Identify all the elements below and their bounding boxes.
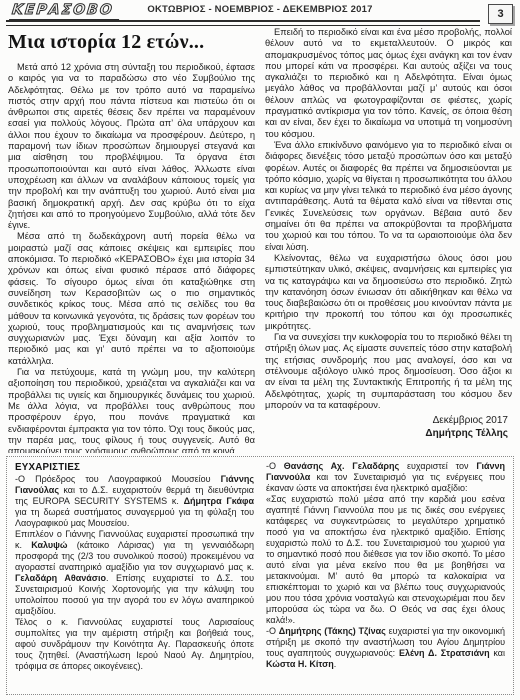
article-paragraph: Ένα άλλο επικίνδυνο φαινόμενο για το περ… [265, 140, 512, 253]
article-paragraph: Για να πετύχουμε, κατά τη γνώμη μου, την… [8, 367, 255, 453]
page-number-box: 3 [488, 4, 513, 24]
highlighted-name: Δημήτρης (Τάκης) Τζίνας [279, 626, 386, 636]
article-title: Μια ιστορία 12 ετών... [8, 31, 255, 54]
text-segment: . [334, 659, 337, 669]
highlighted-name: Ελένη Δ. Στρατσιάνη [399, 648, 490, 658]
text-segment: -Ο [266, 626, 279, 636]
text-segment: για τη δωρεά συστήματος συναγερμού για τ… [15, 507, 254, 528]
article-paragraph: Κλείνοντας, θέλω να ευχαριστήσω όλους όσ… [265, 253, 512, 332]
acknowledgement-paragraph: -Ο Δημήτρης (Τάκης) Τζίνας ευχαριστεί γι… [266, 626, 505, 670]
acknowledgements-heading: ΕΥΧΑΡΙΣΤΙΕΣ [15, 462, 254, 473]
article-paragraph: Μέσα από τη δωδεκάχρονη αυτή πορεία θέλω… [8, 231, 255, 367]
highlighted-name: Κώστα Η. Κίτση [266, 659, 334, 669]
highlighted-name: Καλυψώ [31, 540, 67, 550]
acknowledgements-left-column: ΕΥΧΑΡΙΣΤΙΕΣ -Ο Πρόεδρος του Λαογραφικού … [15, 461, 254, 690]
magazine-page: ΚΕΡΑΣΟΒΟ ΟΚΤΩΒΡΙΟΣ - ΝΟΕΜΒΡΙΟΣ - ΔΕΚΕΜΒΡ… [0, 0, 520, 700]
text-segment: -Ο [266, 461, 284, 471]
main-article: Μια ιστορία 12 ετών... Μετά από 12 χρόνι… [8, 27, 512, 453]
acknowledgements-box: ΕΥΧΑΡΙΣΤΙΕΣ -Ο Πρόεδρος του Λαογραφικού … [6, 456, 514, 695]
article-signature: Δεκέμβριος 2017 Δημήτρης Τέλλης [265, 414, 512, 440]
highlighted-name: Θανάσης Αχ. Γελαδάρης [284, 461, 399, 471]
article-paragraph: Επειδή το περιοδικό είναι και ένα μέσο π… [265, 27, 512, 140]
header-divider-rule [6, 20, 480, 27]
highlighted-name: Γελαδάρη Αθανάσιο [15, 573, 106, 583]
article-paragraph: Μετά από 12 χρόνια στη σύνταξη του περιο… [8, 62, 255, 231]
acknowledgement-paragraph: -Ο Θανάσης Αχ. Γελαδάρης ευχαριστεί τον … [266, 461, 505, 494]
article-left-column: Μια ιστορία 12 ετών... Μετά από 12 χρόνι… [8, 27, 255, 453]
text-segment: και [490, 648, 505, 658]
article-right-column: Επειδή το περιοδικό είναι και ένα μέσο π… [265, 27, 512, 453]
highlighted-name: Δήμητρα Γκάφα [184, 496, 254, 506]
signature-author: Δημήτρης Τέλλης [265, 427, 508, 440]
signature-date: Δεκέμβριος 2017 [265, 414, 508, 427]
text-segment: -Ο Πρόεδρος του Λαογραφικού Μουσείου [15, 474, 221, 484]
text-segment: Τέλος ο κ. Γιαννούλας ευχαριστεί τους Λα… [15, 617, 254, 671]
text-segment: «Σας ευχαριστώ πολύ μέσα από την καρδιά … [266, 494, 505, 625]
page-number: 3 [497, 8, 503, 20]
acknowledgement-paragraph: «Σας ευχαριστώ πολύ μέσα από την καρδιά … [266, 494, 505, 626]
page-header: ΚΕΡΑΣΟΒΟ ΟΚΤΩΒΡΙΟΣ - ΝΟΕΜΒΡΙΟΣ - ΔΕΚΕΜΒΡ… [0, 0, 520, 27]
text-segment: ευχαριστεί τον [399, 461, 476, 471]
acknowledgement-paragraph: -Ο Πρόεδρος του Λαογραφικού Μουσείου Γιά… [15, 474, 254, 529]
issue-date: ΟΚΤΩΒΡΙΟΣ - ΝΟΕΜΒΡΙΟΣ - ΔΕΚΕΜΒΡΙΟΣ 2017 [70, 4, 450, 15]
acknowledgement-paragraph: Επιπλέον ο Γιάννης Γιαννούλας ευχαριστεί… [15, 529, 254, 617]
article-paragraph: Για να συνεχίσει την κυκλοφορία του το π… [265, 332, 512, 411]
acknowledgements-right-column: -Ο Θανάσης Αχ. Γελαδάρης ευχαριστεί τον … [266, 461, 505, 690]
acknowledgement-paragraph: Τέλος ο κ. Γιαννούλας ευχαριστεί τους Λα… [15, 617, 254, 672]
